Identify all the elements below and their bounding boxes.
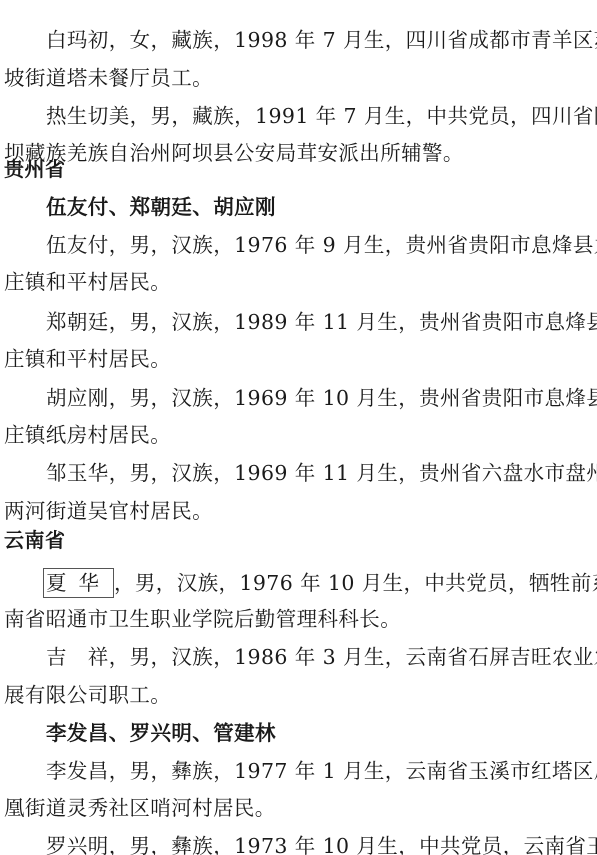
- group-title: 李发昌、罗兴明、管建林: [46, 721, 276, 745]
- entry-line: 邹玉华，男，汉族，1969 年 11 月生，贵州省六盘水市盘州市: [46, 461, 597, 485]
- highlighted-name-box: 夏华: [43, 568, 114, 598]
- entry-line: 庄镇纸房村居民。: [4, 423, 171, 447]
- entry-line-boxed: 夏华，男，汉族，1976 年 10 月生，中共党员，牺牲前系云: [46, 568, 597, 598]
- entry-line: 李发昌，男，彝族，1977 年 1 月生，云南省玉溪市红塔区凤: [46, 759, 597, 783]
- entry-line: 南省昭通市卫生职业学院后勤管理科科长。: [4, 607, 401, 631]
- province-heading-yunnan: 云南省: [4, 528, 66, 552]
- document-page: 白玛初，女，藏族，1998 年 7 月生，四川省成都市青羊区苏 坡街道塔未餐厅员…: [0, 0, 597, 855]
- entry-line: 坡街道塔未餐厅员工。: [4, 66, 213, 90]
- entry-line: 伍友付，男，汉族，1976 年 9 月生，贵州省贵阳市息烽县九: [46, 233, 597, 257]
- entry-line: 庄镇和平村居民。: [4, 270, 171, 294]
- entry-line: 白玛初，女，藏族，1998 年 7 月生，四川省成都市青羊区苏: [46, 28, 597, 52]
- entry-line: 两河街道吴官村居民。: [4, 499, 213, 523]
- group-title: 伍友付、郑朝廷、胡应刚: [46, 195, 276, 219]
- entry-text: ，男，汉族，1976 年 10 月生，中共党员，牺牲前系云: [114, 571, 597, 595]
- entry-line: 庄镇和平村居民。: [4, 347, 171, 371]
- entry-line: 吉 祥，男，汉族，1986 年 3 月生，云南省石屏吉旺农业发: [46, 645, 597, 669]
- entry-line: 郑朝廷，男，汉族，1989 年 11 月生，贵州省贵阳市息烽县九: [46, 310, 597, 334]
- entry-line: 展有限公司职工。: [4, 683, 171, 707]
- entry-line: 胡应刚，男，汉族，1969 年 10 月生，贵州省贵阳市息烽县九: [46, 386, 597, 410]
- entry-line: 罗兴明，男，彝族，1973 年 10 月生，中共党员，云南省玉溪: [46, 834, 597, 855]
- entry-line: 热生切美，男，藏族，1991 年 7 月生，中共党员，四川省阿: [46, 104, 597, 128]
- entry-line: 坝藏族羌族自治州阿坝县公安局茸安派出所辅警。: [4, 141, 464, 165]
- entry-line: 凰街道灵秀社区哨河村居民。: [4, 796, 276, 820]
- province-heading-guizhou: 贵州省: [4, 157, 66, 181]
